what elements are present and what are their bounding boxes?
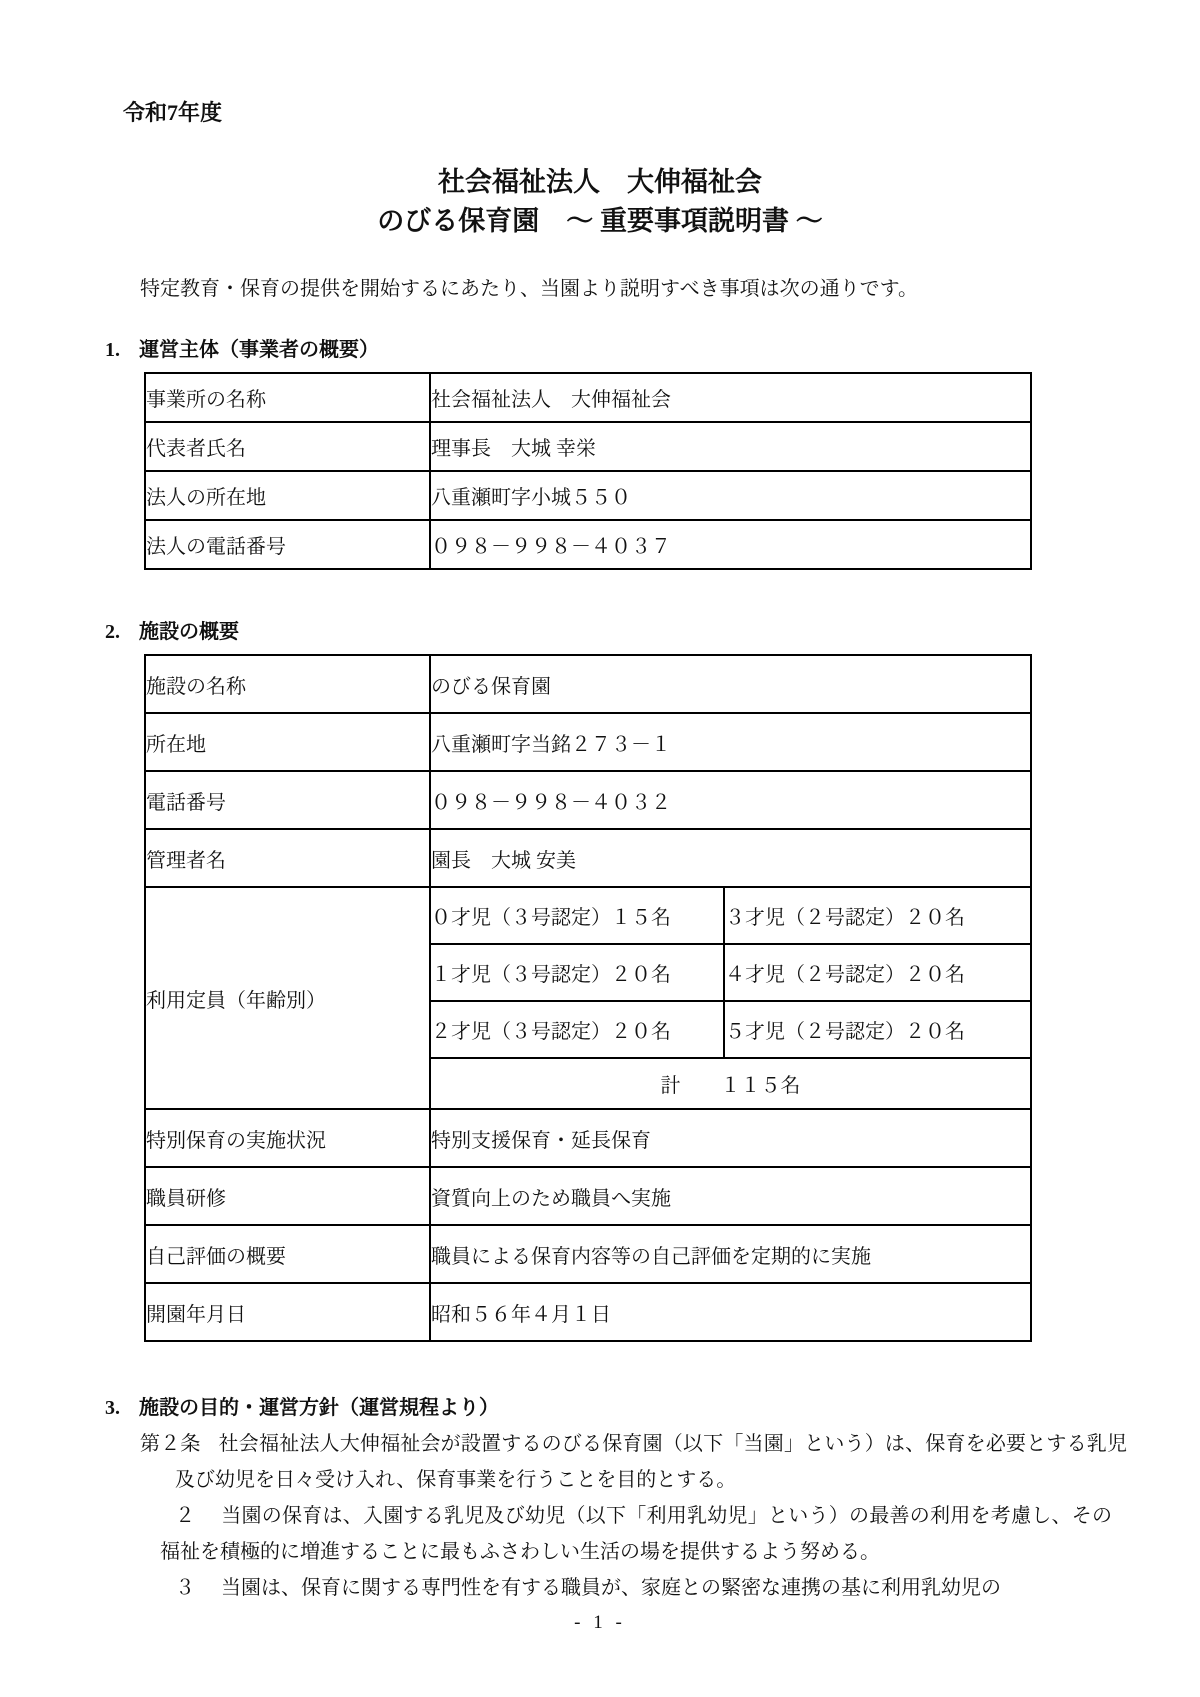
table-row: 事業所の名称 社会福祉法人 大伸福祉会 xyxy=(145,373,1031,422)
paragraph-prefix: ３ xyxy=(175,1577,195,1599)
row-label: 代表者氏名 xyxy=(145,422,430,471)
section1-title: 運営主体（事業者の概要） xyxy=(139,339,379,361)
row-label: 施設の名称 xyxy=(145,655,430,713)
paragraph-text: 社会福祉法人大伸福祉会が設置するのびる保育園（以下「当園」という）は、保育を必要… xyxy=(175,1433,1127,1491)
row-label: 自己評価の概要 xyxy=(145,1225,430,1283)
capacity-cell: ３才児（２号認定）２０名 xyxy=(724,887,1031,944)
table-row: 法人の電話番号 ０９８－９９８－４０３７ xyxy=(145,520,1031,569)
section3-title: 施設の目的・運営方針（運営規程より） xyxy=(139,1397,499,1419)
row-value: 八重瀬町字小城５５０ xyxy=(430,471,1031,520)
row-value: 理事長 大城 幸栄 xyxy=(430,422,1031,471)
table-row: 電話番号 ０９８－９９８－４０３２ xyxy=(145,771,1031,829)
table-row: 代表者氏名 理事長 大城 幸栄 xyxy=(145,422,1031,471)
row-label: 法人の電話番号 xyxy=(145,520,430,569)
facility-overview-table: 施設の名称 のびる保育園 所在地 八重瀬町字当銘２７３－１ 電話番号 ０９８－９… xyxy=(144,654,1032,1342)
section3-number: 3. xyxy=(105,1394,139,1422)
section3-heading: 3.施設の目的・運営方針（運営規程より） xyxy=(105,1394,1095,1422)
capacity-cell: ５才児（２号認定）２０名 xyxy=(724,1001,1031,1058)
table-row: 管理者名 園長 大城 安美 xyxy=(145,829,1031,887)
capacity-cell: ０才児（３号認定）１５名 xyxy=(430,887,724,944)
capacity-row: 利用定員（年齢別） ０才児（３号認定）１５名 ３才児（２号認定）２０名 xyxy=(145,887,1031,944)
table-row: 施設の名称 のびる保育園 xyxy=(145,655,1031,713)
row-value: 職員による保育内容等の自己評価を定期的に実施 xyxy=(430,1225,1031,1283)
row-label: 管理者名 xyxy=(145,829,430,887)
row-value: 八重瀬町字当銘２７３－１ xyxy=(430,713,1031,771)
row-label: 特別保育の実施状況 xyxy=(145,1109,430,1167)
section2-heading: 2.施設の概要 xyxy=(105,618,1095,646)
row-value: 資質向上のため職員へ実施 xyxy=(430,1167,1031,1225)
title-organization: 社会福祉法人 大伸福祉会 xyxy=(105,163,1095,202)
capacity-total: 計 １１５名 xyxy=(430,1058,1031,1109)
paragraph-text: 当園の保育は、入園する乳児及び幼児（以下「利用乳幼児」という）の最善の利用を考慮… xyxy=(160,1505,1112,1563)
paragraph-prefix: ２ xyxy=(175,1505,195,1527)
content-column: 令和7年度 社会福祉法人 大伸福祉会 のびる保育園 ～ 重要事項説明書 ～ 特定… xyxy=(105,96,1095,1606)
paragraph-text: 当園は、保育に関する専門性を有する職員が、家庭との緊密な連携の基に利用乳幼児の xyxy=(221,1577,1001,1599)
intro-text: 特定教育・保育の提供を開始するにあたり、当園より説明すべき事項は次の通りです。 xyxy=(140,275,1095,304)
section1-number: 1. xyxy=(105,336,139,364)
table-row: 開園年月日 昭和５６年４月１日 xyxy=(145,1283,1031,1341)
paragraph-clause2: ２当園の保育は、入園する乳児及び幼児（以下「利用乳幼児」という）の最善の利用を考… xyxy=(105,1498,1112,1570)
title-document-name: のびる保育園 ～ 重要事項説明書 ～ xyxy=(105,202,1095,241)
row-label: 職員研修 xyxy=(145,1167,430,1225)
fiscal-year: 令和7年度 xyxy=(123,96,1095,127)
row-label: 開園年月日 xyxy=(145,1283,430,1341)
row-value: 昭和５６年４月１日 xyxy=(430,1283,1031,1341)
section3-body: 第２条社会福祉法人大伸福祉会が設置するのびる保育園（以下「当園」という）は、保育… xyxy=(105,1426,1095,1606)
section1-heading: 1.運営主体（事業者の概要） xyxy=(105,336,1095,364)
table-row: 所在地 八重瀬町字当銘２７３－１ xyxy=(145,713,1031,771)
capacity-cell: ２才児（３号認定）２０名 xyxy=(430,1001,724,1058)
row-value: 社会福祉法人 大伸福祉会 xyxy=(430,373,1031,422)
section2-number: 2. xyxy=(105,618,139,646)
row-value: ０９８－９９８－４０３２ xyxy=(430,771,1031,829)
row-value: のびる保育園 xyxy=(430,655,1031,713)
row-label: 電話番号 xyxy=(145,771,430,829)
table-row: 法人の所在地 八重瀬町字小城５５０ xyxy=(145,471,1031,520)
paragraph-article2: 第２条社会福祉法人大伸福祉会が設置するのびる保育園（以下「当園」という）は、保育… xyxy=(105,1426,1127,1498)
row-value: 園長 大城 安美 xyxy=(430,829,1031,887)
section2-title: 施設の概要 xyxy=(139,621,239,643)
row-label: 事業所の名称 xyxy=(145,373,430,422)
operator-overview-table: 事業所の名称 社会福祉法人 大伸福祉会 代表者氏名 理事長 大城 幸栄 法人の所… xyxy=(144,372,1032,570)
capacity-cell: １才児（３号認定）２０名 xyxy=(430,944,724,1001)
capacity-label: 利用定員（年齢別） xyxy=(145,887,430,1109)
document-title: 社会福祉法人 大伸福祉会 のびる保育園 ～ 重要事項説明書 ～ xyxy=(105,163,1095,241)
table-row: 職員研修 資質向上のため職員へ実施 xyxy=(145,1167,1031,1225)
document-page: 令和7年度 社会福祉法人 大伸福祉会 のびる保育園 ～ 重要事項説明書 ～ 特定… xyxy=(0,0,1200,1697)
row-value: 特別支援保育・延長保育 xyxy=(430,1109,1031,1167)
paragraph-clause3: ３当園は、保育に関する専門性を有する職員が、家庭との緊密な連携の基に利用乳幼児の xyxy=(105,1570,1112,1606)
table-row: 自己評価の概要 職員による保育内容等の自己評価を定期的に実施 xyxy=(145,1225,1031,1283)
row-label: 所在地 xyxy=(145,713,430,771)
row-value: ０９８－９９８－４０３７ xyxy=(430,520,1031,569)
capacity-cell: ４才児（２号認定）２０名 xyxy=(724,944,1031,1001)
row-label: 法人の所在地 xyxy=(145,471,430,520)
table-row: 特別保育の実施状況 特別支援保育・延長保育 xyxy=(145,1109,1031,1167)
paragraph-prefix: 第２条 xyxy=(140,1433,201,1455)
page-number: - 1 - xyxy=(0,1612,1200,1634)
